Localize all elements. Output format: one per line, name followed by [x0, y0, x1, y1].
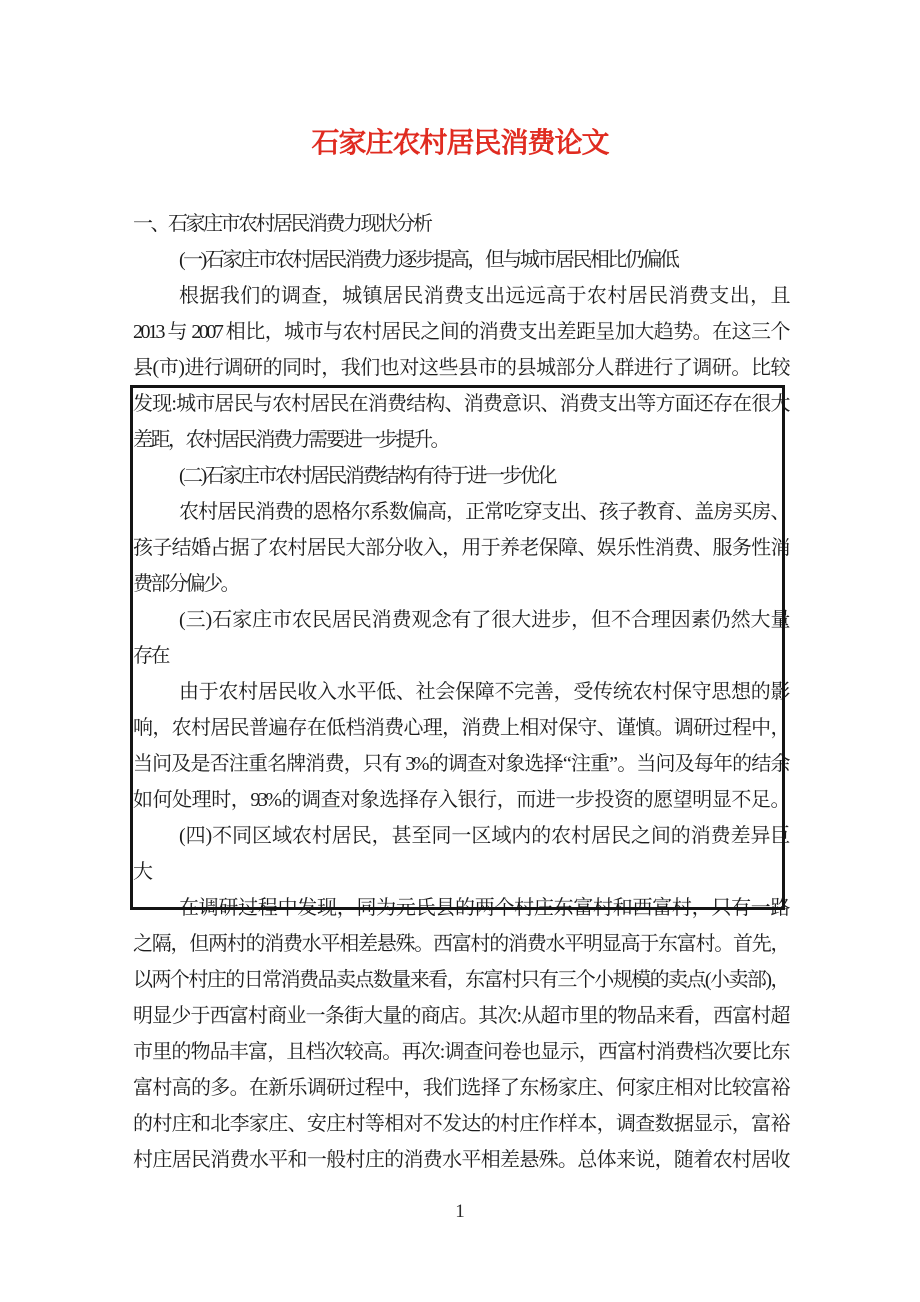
document-title: 石家庄农村居民消费论文 [0, 122, 920, 166]
text-line: 如何处理时，93%的调查对象选择存入银行，而进一步投资的愿望明显不足。 [133, 782, 788, 818]
text-line: 差距，农村居民消费力需要进一步提升。 [133, 422, 788, 458]
text-line: 由于农村居民收入水平低、社会保障不完善，受传统农村保守思想的影 [133, 674, 788, 710]
text-line: 县(市)进行调研的同时，我们也对这些县市的县城部分人群进行了调研。比较 [133, 350, 788, 386]
text-line: 发现:城市居民与农村居民在消费结构、消费意识、消费支出等方面还存在很大 [133, 386, 788, 422]
text-line: 市里的物品丰富，且档次较高。再次:调查问卷也显示，西富村消费档次要比东 [133, 1034, 788, 1070]
page-number: 1 [0, 1201, 920, 1223]
text-line: 2013 与 2007 相比，城市与农村居民之间的消费支出差距呈加大趋势。在这三… [133, 314, 788, 350]
text-line: (三)石家庄市农民居民消费观念有了很大进步，但不合理因素仍然大量 [133, 602, 788, 638]
text-line: 村庄居民消费水平和一般村庄的消费水平相差悬殊。总体来说，随着农村居收 [133, 1142, 788, 1178]
text-line: 的村庄和北李家庄、安庄村等相对不发达的村庄作样本，调查数据显示，富裕 [133, 1106, 788, 1142]
text-line: 富村高的多。在新乐调研过程中，我们选择了东杨家庄、何家庄相对比较富裕 [133, 1070, 788, 1106]
text-line: 当问及是否注重名牌消费，只有 3%的调查对象选择“注重”。当问及每年的结余 [133, 746, 788, 782]
document-body: 一、石家庄市农村居民消费力现状分析 (一)石家庄市农村居民消费力逐步提高，但与城… [133, 206, 788, 1178]
document-page: 石家庄农村居民消费论文 一、石家庄市农村居民消费力现状分析 (一)石家庄市农村居… [0, 0, 920, 1302]
text-line: 在调研过程中发现，同为元氏县的两个村庄东富村和西富村，只有一路 [133, 890, 788, 926]
text-line: 存在 [133, 638, 788, 674]
text-line: (四)不同区域农村居民，甚至同一区域内的农村居民之间的消费差异巨 [133, 818, 788, 854]
text-line: 响，农村居民普遍存在低档消费心理，消费上相对保守、谨慎。调研过程中， [133, 710, 788, 746]
text-line: 根据我们的调查，城镇居民消费支出远远高于农村居民消费支出，且 [133, 278, 788, 314]
text-line: 之隔，但两村的消费水平相差悬殊。西富村的消费水平明显高于东富村。首先， [133, 926, 788, 962]
text-line: 农村居民消费的恩格尔系数偏高，正常吃穿支出、孩子教育、盖房买房、 [133, 494, 788, 530]
text-line: 明显少于西富村商业一条街大量的商店。其次:从超市里的物品来看，西富村超 [133, 998, 788, 1034]
text-line: 费部分偏少。 [133, 566, 788, 602]
text-line: 孩子结婚占据了农村居民大部分收入，用于养老保障、娱乐性消费、服务性消 [133, 530, 788, 566]
text-line: 大 [133, 854, 788, 890]
text-line: (一)石家庄市农村居民消费力逐步提高，但与城市居民相比仍偏低 [133, 242, 788, 278]
text-line: 一、石家庄市农村居民消费力现状分析 [133, 206, 788, 242]
text-line: 以两个村庄的日常消费品卖点数量来看，东富村只有三个小规模的卖点(小卖部)， [133, 962, 788, 998]
text-line: (二)石家庄市农村居民消费结构有待于进一步优化 [133, 458, 788, 494]
